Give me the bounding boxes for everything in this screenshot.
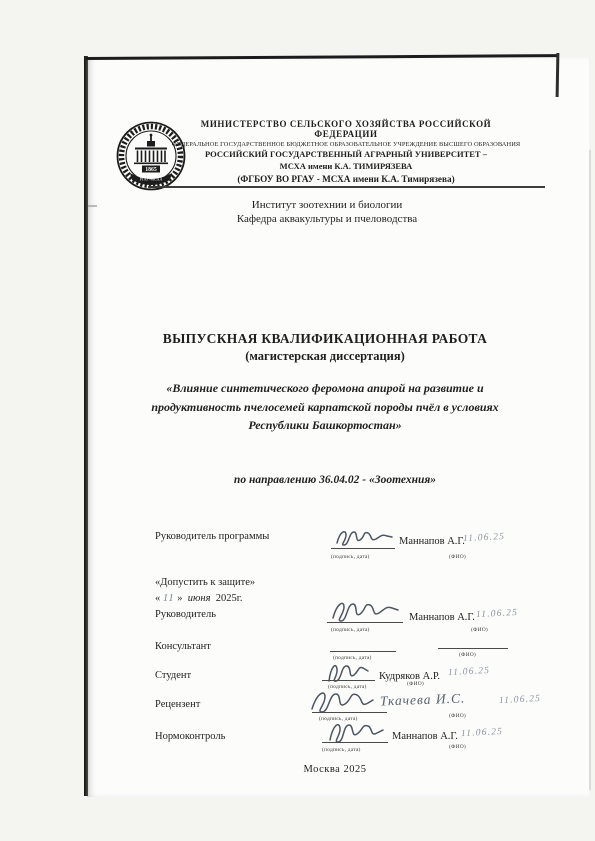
fio-line [438,648,508,649]
sign-sublabel: (подпись, дата) [322,747,361,753]
academy-line: МСХА имени К.А. ТИМИРЯЗЕВА [168,161,524,171]
university-line: РОССИЙСКИЙ ГОСУДАРСТВЕННЫЙ АГРАРНЫЙ УНИВ… [168,149,524,159]
signature-line [327,622,403,623]
admit-to-defense-label: «Допустить к защите» [155,577,255,588]
signature-line [322,742,388,743]
norm-control-name: Маннапов А.Г. [392,731,458,742]
signature-line [322,680,375,681]
quote-close: » [177,593,182,604]
fio-sublabel: (ФИО) [471,627,488,633]
norm-control-label: Нормоконтроль [155,731,225,742]
theme-line-1: «Влияние синтетического феромона апирой … [83,379,567,398]
handwritten-signature [333,527,395,549]
emblem-ribbon-text: РГАУ-МСХА [140,177,163,182]
emblem-year: 1865 [145,167,157,173]
work-type-title: ВЫПУСКНАЯ КВАЛИФИКАЦИОННАЯ РАБОТА [90,331,560,347]
fio-sublabel: (ФИО) [449,744,466,750]
handwritten-day: 11 [163,593,175,604]
handwritten-signature [328,598,402,625]
student-label: Студент [155,670,191,681]
fio-sublabel: (ФИО) [459,652,476,658]
quote-open: « [155,593,160,604]
department-name: Кафедра аквакультуры и пчеловодства [92,213,562,225]
thesis-theme: «Влияние синтетического феромона апирой … [83,379,567,435]
signature-line [331,548,395,549]
approval-date-line: « 11 » июня 2025г. [155,593,242,604]
reviewer-name: Ткачева И.С. [380,691,466,710]
handwritten-signature [323,660,373,685]
approval-month: июня [188,593,211,604]
institute-name: Институт зоотехнии и биологии [92,199,562,211]
reviewer-label: Рецензент [155,699,200,710]
program-leader-label: Руководитель программы [155,531,269,542]
page-right-edge [589,150,591,790]
supervisor-label: Руководитель [155,609,216,620]
study-direction: по направлению 36.04.02 - «Зоотехния» [100,474,570,486]
theme-line-3: Республики Башкортостан» [83,416,567,435]
header-divider [148,186,545,188]
city-year: Москва 2025 [90,764,580,775]
university-short-name: (ФГБОУ ВО РГАУ - МСХА имени К.А. Тимиряз… [168,174,524,184]
fio-sublabel: (ФИО) [449,554,466,560]
work-kind-subtitle: (магистерская диссертация) [90,349,560,364]
institute-block: Институт зоотехнии и биологии Кафедра ак… [92,197,562,225]
theme-line-2: продуктивность пчелосемей карпатской пор… [83,398,567,417]
program-leader-name: Маннапов А.Г. [399,536,465,547]
signature-line [330,651,396,652]
sign-sublabel: (подпись, дата) [331,554,370,560]
consultant-label: Консультант [155,641,211,652]
sign-sublabel: (подпись, дата) [331,627,370,633]
fio-sublabel: (ФИО) [449,713,466,719]
ministry-line: МИНИСТЕРСТВО СЕЛЬСКОГО ХОЗЯЙСТВА РОССИЙС… [168,119,524,139]
header-block: МИНИСТЕРСТВО СЕЛЬСКОГО ХОЗЯЙСТВА РОССИЙС… [168,119,524,184]
scanned-title-page: 1865 РГАУ-МСХА МИНИСТЕРСТВО СЕЛЬСКОГО ХО… [0,0,595,841]
fio-sublabel: (ФИО) [407,681,424,687]
supervisor-name: Маннапов А.Г. [409,612,475,623]
signature-line [312,712,387,713]
institution-type-line: ФЕДЕРАЛЬНОЕ ГОСУДАРСТВЕННОЕ БЮДЖЕТНОЕ ОБ… [168,141,524,148]
approval-year: 2025г. [216,593,243,604]
